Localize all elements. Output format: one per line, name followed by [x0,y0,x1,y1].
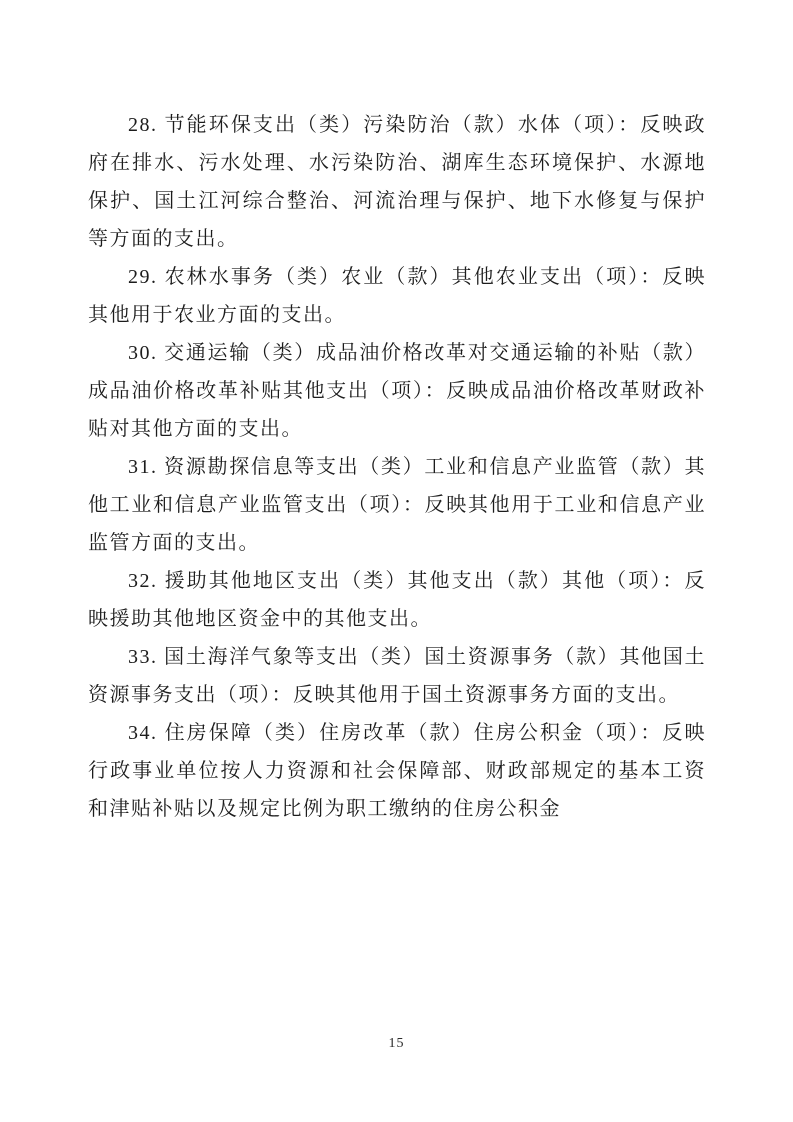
paragraph-item-29: 29. 农林水事务（类）农业（款）其他农业支出（项）：反映其他用于农业方面的支出… [88,258,706,334]
paragraph-item-28: 28. 节能环保支出（类）污染防治（款）水体（项）：反映政府在排水、污水处理、水… [88,106,706,258]
document-page: 28. 节能环保支出（类）污染防治（款）水体（项）：反映政府在排水、污水处理、水… [0,0,793,1122]
paragraph-item-31: 31. 资源勘探信息等支出（类）工业和信息产业监管（款）其他工业和信息产业监管支… [88,448,706,562]
document-body: 28. 节能环保支出（类）污染防治（款）水体（项）：反映政府在排水、污水处理、水… [88,106,706,828]
paragraph-item-30: 30. 交通运输（类）成品油价格改革对交通运输的补贴（款）成品油价格改革补贴其他… [88,334,706,448]
paragraph-item-32: 32. 援助其他地区支出（类）其他支出（款）其他（项）：反映援助其他地区资金中的… [88,562,706,638]
page-number: 15 [0,1036,793,1052]
paragraph-item-33: 33. 国土海洋气象等支出（类）国土资源事务（款）其他国土资源事务支出（项）：反… [88,638,706,714]
paragraph-item-34: 34. 住房保障（类）住房改革（款）住房公积金（项）：反映行政事业单位按人力资源… [88,714,706,828]
